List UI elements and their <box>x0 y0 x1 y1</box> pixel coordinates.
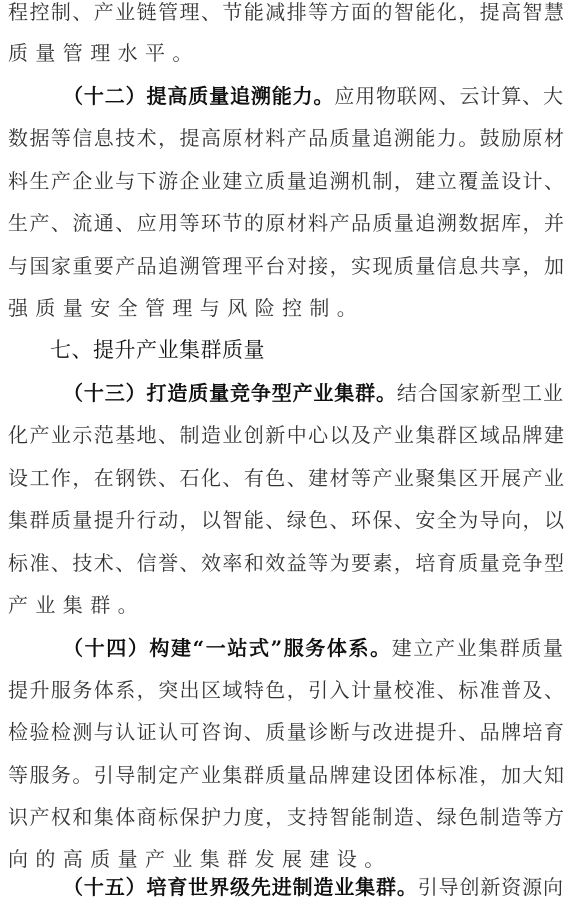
body-text: 等服务。引导制定产业集群质量品牌建设团体标准，加大知 <box>8 763 564 787</box>
subsection-15-first-line: （十五）培育世界级先进制造业集群。引导创新资源向 <box>63 873 563 901</box>
document-page: 程控制、产业链管理、节能减排等方面的智能化，提高智慧 质量管理水平。 （十二）提… <box>0 0 570 908</box>
paragraph-line: 产业集群。 <box>8 591 564 619</box>
body-text: 质量管理水平。 <box>8 41 200 65</box>
body-text: 建立产业集群质量 <box>392 636 563 660</box>
body-text: 数据等信息技术，提高原材料产品质量追溯能力。鼓励原材 <box>8 126 564 150</box>
subsection-14-first-line: （十四）构建“一站式”服务体系。建立产业集群质量 <box>63 634 563 662</box>
paragraph-line: 标准、技术、信誉、效率和效益等为要素，培育质量竞争型 <box>8 549 564 577</box>
body-text: 引导创新资源向 <box>418 875 563 899</box>
paragraph-line: 检验检测与认证认可咨询、质量诊断与改进提升、品牌培育 <box>8 718 564 746</box>
body-text: 识产权和集体商标保护力度，支持智能制造、绿色制造等方 <box>8 805 564 829</box>
paragraph-line: 质量管理水平。 <box>8 39 564 67</box>
body-text: 产业集群。 <box>8 593 145 617</box>
body-text: 料生产企业与下游企业建立质量追溯机制，建立覆盖设计、 <box>8 169 564 193</box>
paragraph-line: 化产业示范基地、制造业创新中心以及产业集群区域品牌建 <box>8 421 564 449</box>
subsection-12-first-line: （十二）提高质量追溯能力。应用物联网、云计算、大 <box>63 82 563 110</box>
body-text: 向的高质量产业集群发展建设。 <box>8 847 392 871</box>
paragraph-line: 程控制、产业链管理、节能减排等方面的智能化，提高智慧 <box>8 0 564 26</box>
body-text: 应用物联网、云计算、大 <box>334 84 563 108</box>
paragraph-line: 生产、流通、应用等环节的原材料产品质量追溯数据库，并 <box>8 209 564 237</box>
paragraph-line: 数据等信息技术，提高原材料产品质量追溯能力。鼓励原材 <box>8 124 564 152</box>
subsection-13-first-line: （十三）打造质量竞争型产业集群。结合国家新型工业 <box>63 379 563 407</box>
subsection-15-title: （十五）培育世界级先进制造业集群。 <box>63 875 418 899</box>
body-text: 与国家重要产品追溯管理平台对接，实现质量信息共享，加 <box>8 254 564 278</box>
subsection-14-title: （十四）构建“一站式”服务体系。 <box>63 636 392 660</box>
body-text: 检验检测与认证认可咨询、质量诊断与改进提升、品牌培育 <box>8 720 564 744</box>
paragraph-line: 强质量安全管理与风险控制。 <box>8 294 564 322</box>
subsection-12-title: （十二）提高质量追溯能力。 <box>63 84 334 108</box>
body-text: 集群质量提升行动，以智能、绿色、环保、安全为导向，以 <box>8 508 564 532</box>
paragraph-line: 识产权和集体商标保护力度，支持智能制造、绿色制造等方 <box>8 803 564 831</box>
body-text: 程控制、产业链管理、节能减排等方面的智能化，提高智慧 <box>8 0 564 24</box>
body-text: 生产、流通、应用等环节的原材料产品质量追溯数据库，并 <box>8 211 564 235</box>
body-text: 提升服务体系，突出区域特色，引入计量校准、标准普及、 <box>8 678 564 702</box>
paragraph-line: 提升服务体系，突出区域特色，引入计量校准、标准普及、 <box>8 676 564 704</box>
section-heading: 七、提升产业集群质量 <box>50 335 265 365</box>
paragraph-line: 向的高质量产业集群发展建设。 <box>8 845 564 873</box>
body-text: 设工作，在钢铁、石化、有色、建材等产业聚集区开展产业 <box>8 466 564 490</box>
paragraph-line: 与国家重要产品追溯管理平台对接，实现质量信息共享，加 <box>8 252 564 280</box>
paragraph-line: 料生产企业与下游企业建立质量追溯机制，建立覆盖设计、 <box>8 167 564 195</box>
paragraph-line: 等服务。引导制定产业集群质量品牌建设团体标准，加大知 <box>8 761 564 789</box>
body-text: 化产业示范基地、制造业创新中心以及产业集群区域品牌建 <box>8 423 564 447</box>
body-text: 强质量安全管理与风险控制。 <box>8 296 364 320</box>
body-text: 标准、技术、信誉、效率和效益等为要素，培育质量竞争型 <box>8 551 564 575</box>
subsection-13-title: （十三）打造质量竞争型产业集群。 <box>63 381 397 405</box>
paragraph-line: 设工作，在钢铁、石化、有色、建材等产业聚集区开展产业 <box>8 464 564 492</box>
body-text: 结合国家新型工业 <box>397 381 563 405</box>
paragraph-line: 集群质量提升行动，以智能、绿色、环保、安全为导向，以 <box>8 506 564 534</box>
